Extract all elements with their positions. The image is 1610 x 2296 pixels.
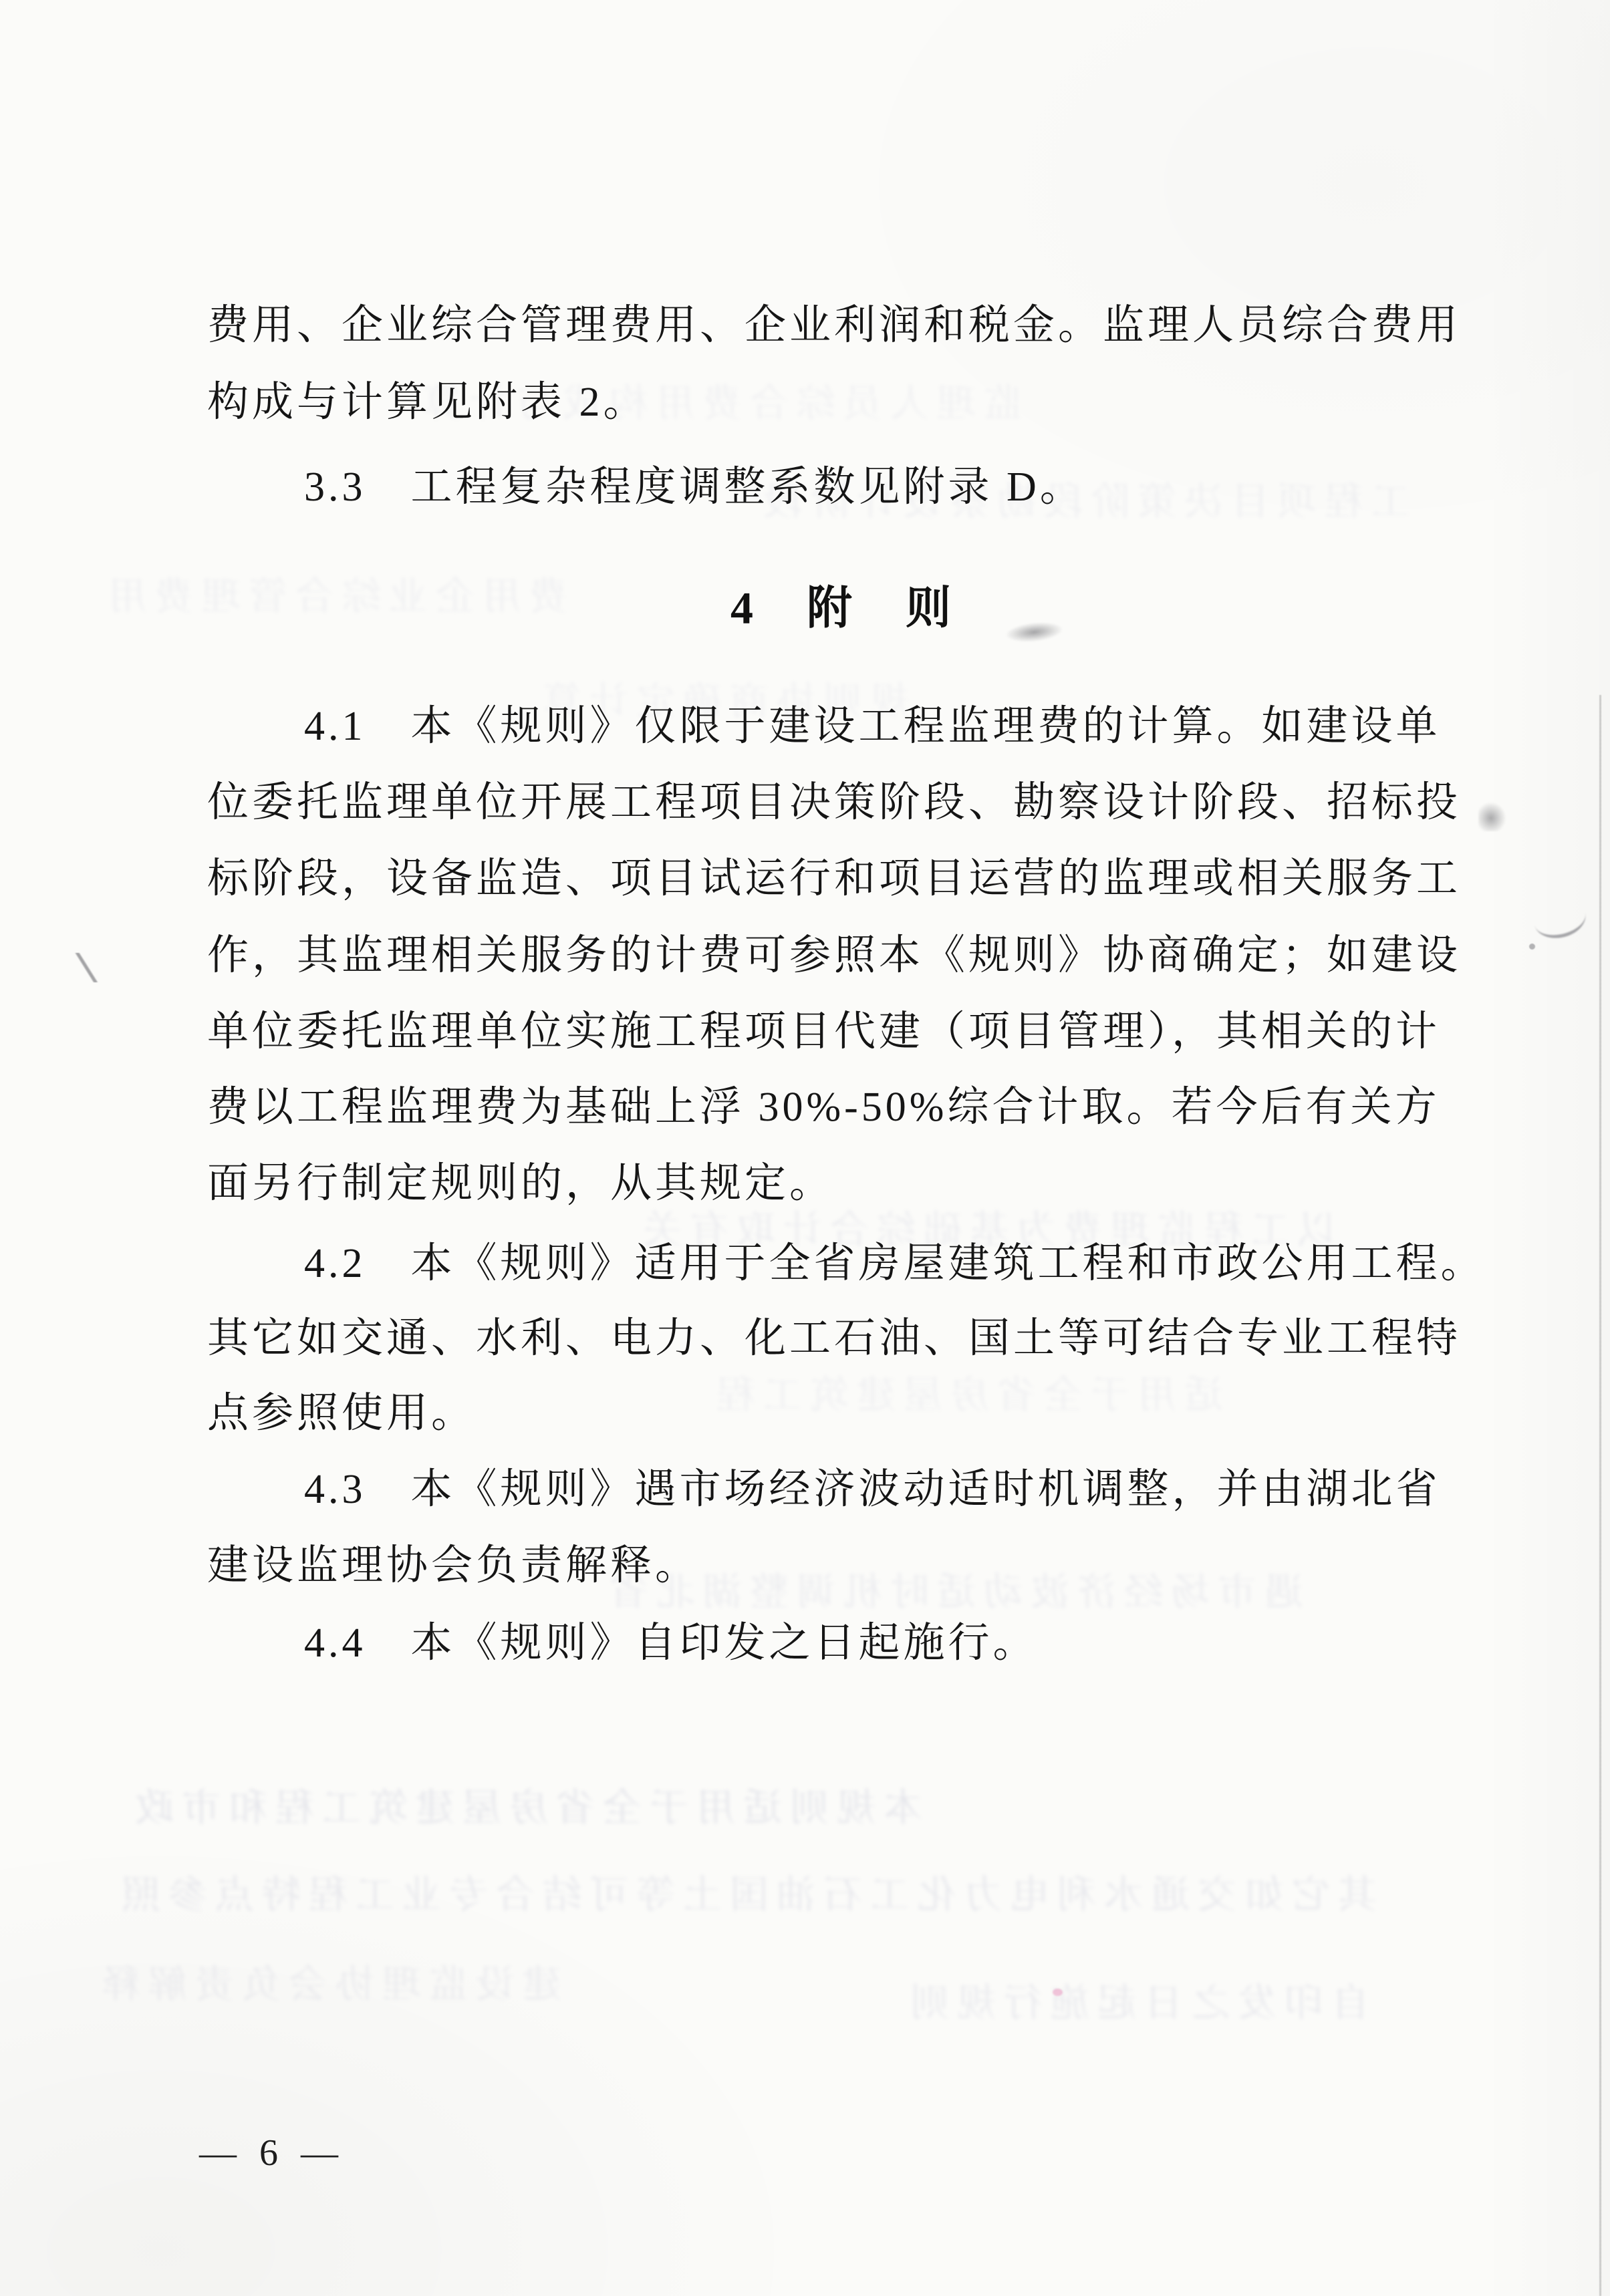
body-line: 标阶段，设备监造、项目试运行和项目运营的监理或相关服务工 bbox=[207, 855, 1517, 902]
body-line: 位委托监理单位开展工程项目决策阶段、勘察设计阶段、招标投 bbox=[207, 779, 1517, 826]
body-line: 费以工程监理费为基础上浮 30%-50%综合计取。若今后有关方 bbox=[207, 1084, 1517, 1131]
body-line: 作，其监理相关服务的计费可参照本《规则》协商确定；如建设 bbox=[207, 932, 1517, 979]
body-line: 费用、企业综合管理费用、企业利润和税金。监理人员综合费用 bbox=[207, 302, 1517, 349]
pencil-smudge bbox=[1530, 895, 1590, 943]
clause-3-3: 3.3 工程复杂程度调整系数见附录 D。 bbox=[207, 464, 1517, 511]
margin-mark bbox=[74, 953, 99, 982]
body-line: 点参照使用。 bbox=[207, 1390, 1517, 1437]
clause-4-1: 4.1 本《规则》仅限于建设工程监理费的计算。如建设单 bbox=[207, 703, 1517, 750]
bleed-through-text: 其它如交通水利电力化工石油国土等可结合专业工程特点参照 bbox=[114, 1863, 1377, 1919]
clause-4-4: 4.4 本《规则》自印发之日起施行。 bbox=[207, 1620, 1517, 1667]
body-line: 构成与计算见附表 2。 bbox=[207, 379, 1517, 426]
bleed-through-text: 本规则适用于全省房屋建筑工程和市政 bbox=[127, 1776, 922, 1832]
bleed-through-text: 建设监理协会负责解释 bbox=[94, 1953, 561, 2009]
ink-speck bbox=[1529, 944, 1535, 950]
clause-4-3: 4.3 本《规则》遇市场经济波动适时机调整，并由湖北省 bbox=[207, 1466, 1517, 1513]
body-line: 面另行制定规则的，从其规定。 bbox=[207, 1160, 1517, 1207]
page-number: — 6 — bbox=[199, 2133, 345, 2173]
bleed-through-text: 自印发之日起施行规则 bbox=[902, 1971, 1370, 2027]
body-line: 单位委托监理单位实施工程项目代建（项目管理），其相关的计 bbox=[207, 1008, 1517, 1055]
body-line: 其它如交通、水利、电力、化工石油、国土等可结合专业工程特 bbox=[207, 1315, 1517, 1362]
section-heading: 4 附 则 bbox=[207, 583, 1478, 633]
clause-4-2: 4.2 本《规则》适用于全省房屋建筑工程和市政公用工程。 bbox=[207, 1240, 1517, 1287]
body-line: 建设监理协会负责解释。 bbox=[207, 1542, 1517, 1589]
scan-edge-shadow bbox=[1599, 695, 1601, 2296]
ink-speck bbox=[1053, 1989, 1063, 1996]
